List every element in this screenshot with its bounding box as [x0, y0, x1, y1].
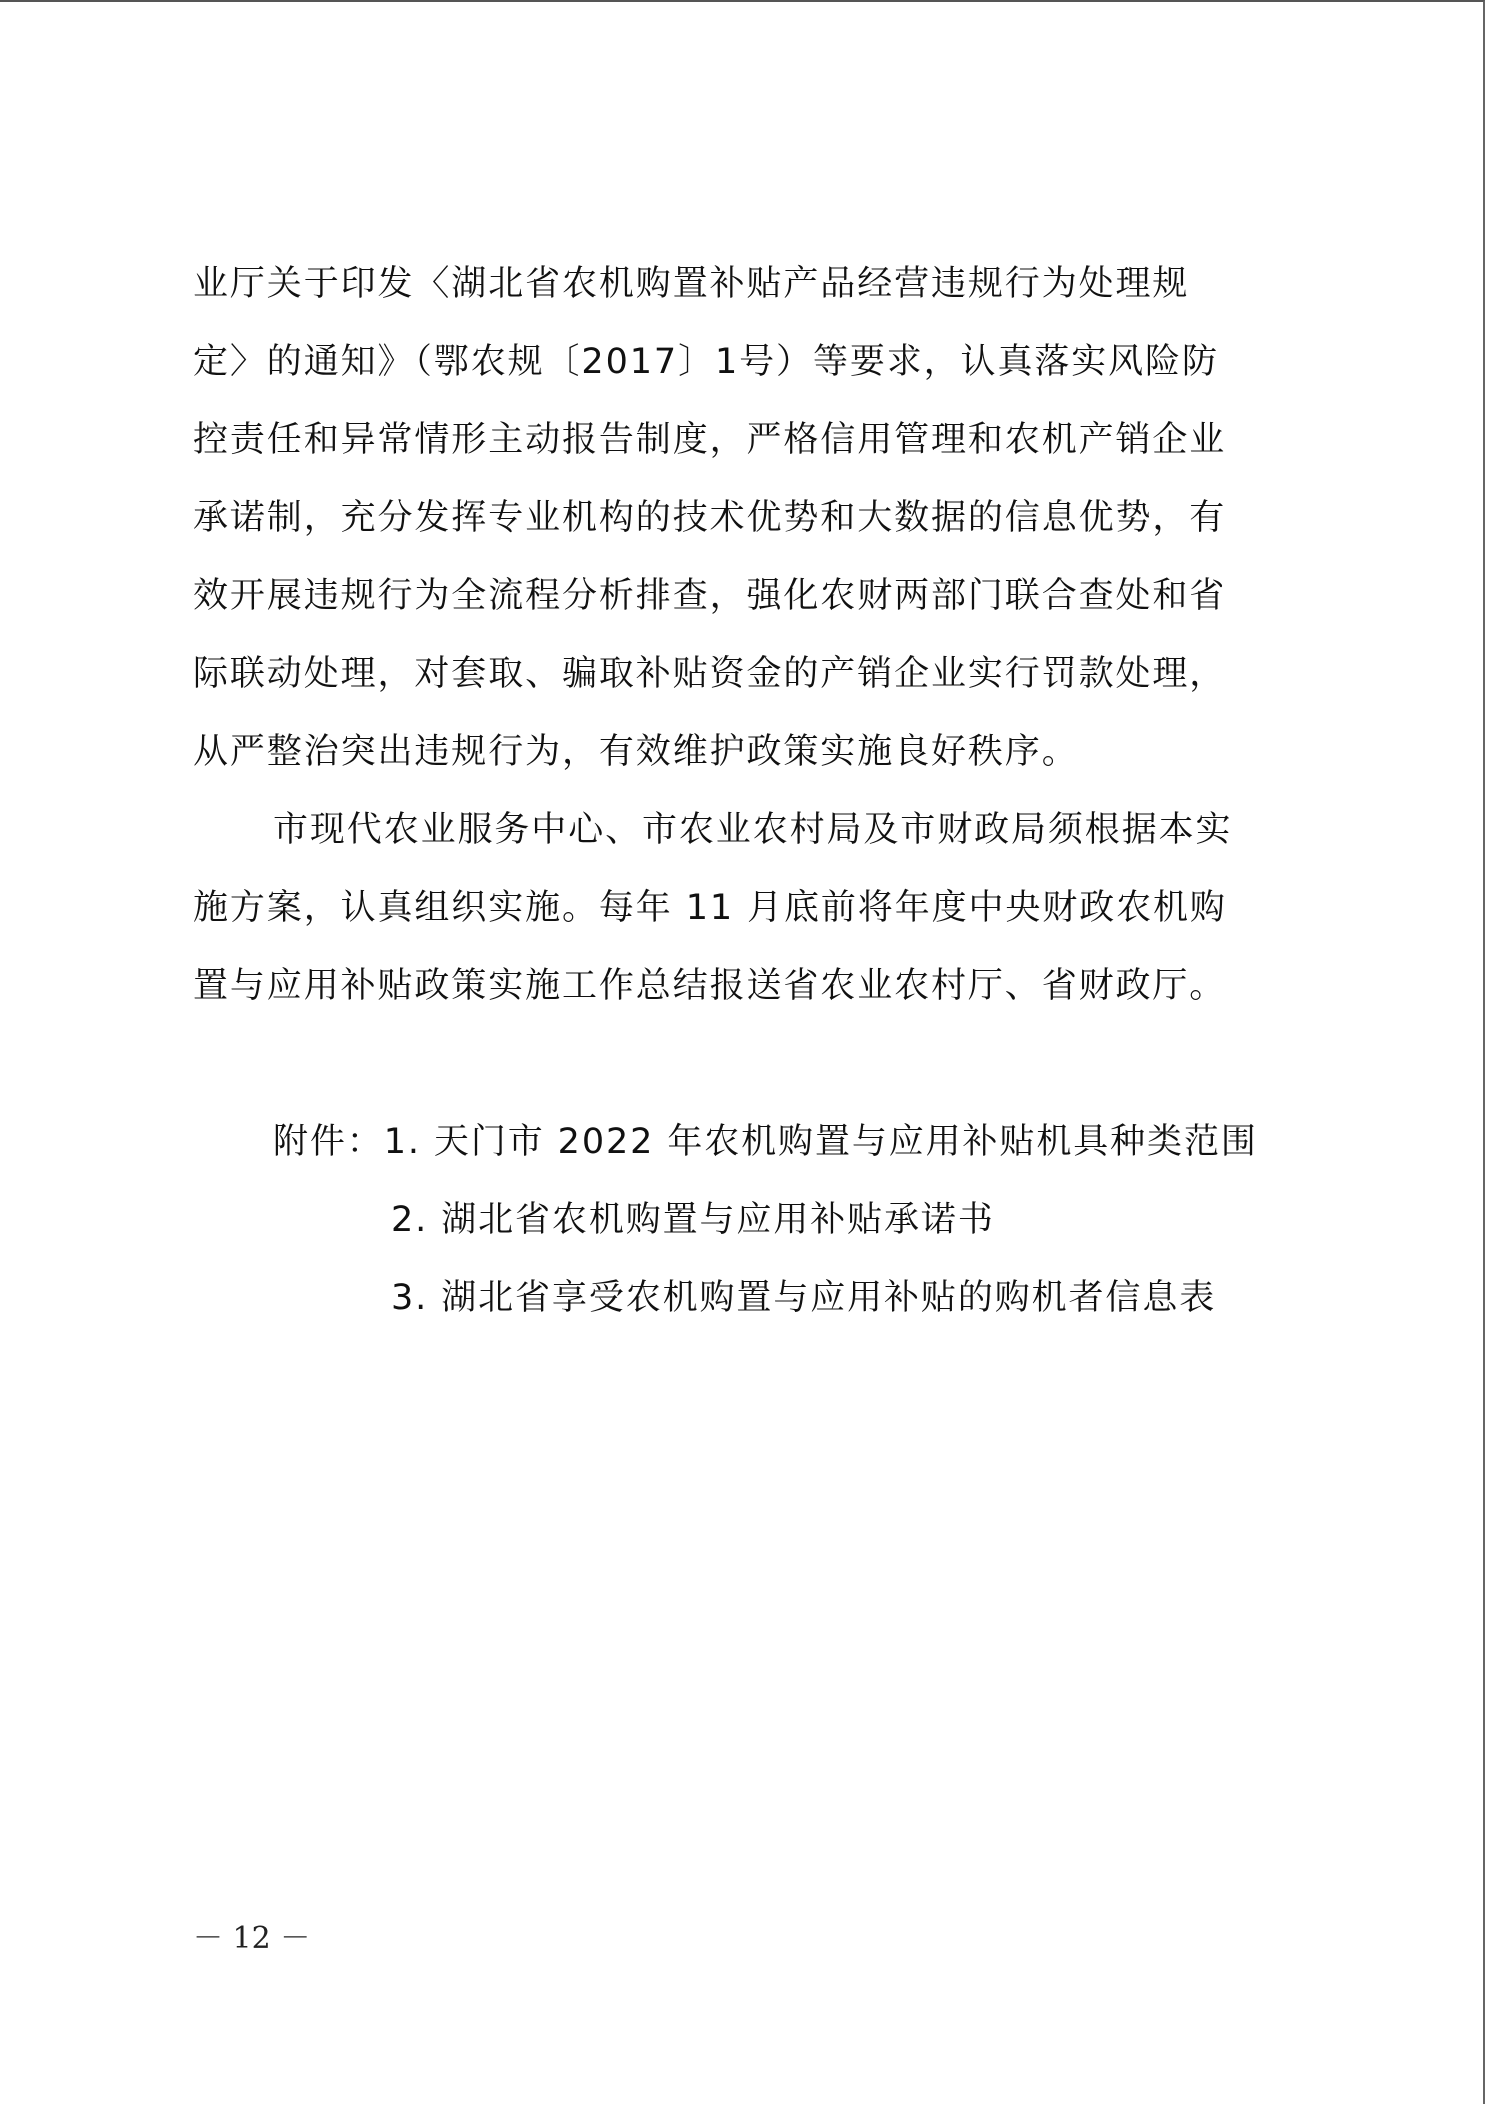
attachment-item-2: 2. 湖北省农机购置与应用补贴承诺书 [391, 1198, 995, 1242]
paragraph-1-line-6: 际联动处理，对套取、骗取补贴资金的产销企业实行罚款处理， [193, 652, 1226, 696]
paragraph-1-line-3: 控责任和异常情形主动报告制度，严格信用管理和农机产销企业 [193, 418, 1226, 462]
attachment-item-3: 3. 湖北省享受农机购置与应用补贴的购机者信息表 [391, 1276, 1216, 1320]
paragraph-2-line-1: 市现代农业服务中心、市农业农村局及市财政局须根据本实 [273, 808, 1232, 852]
paragraph-2-line-2: 施方案，认真组织实施。每年 11 月底前将年度中央财政农机购 [193, 886, 1227, 930]
paragraph-1-line-4: 承诺制，充分发挥专业机构的技术优势和大数据的信息优势，有 [193, 496, 1226, 540]
attachment-item-1: 1. 天门市 2022 年农机购置与应用补贴机具种类范围 [384, 1122, 1258, 1162]
paragraph-2-line-3: 置与应用补贴政策实施工作总结报送省农业农村厅、省财政厅。 [193, 964, 1226, 1008]
attachments-label: 附件： [273, 1122, 384, 1162]
paragraph-1-line-2: 定〉的通知》（鄂农规〔2017〕1号）等要求，认真落实风险防 [193, 340, 1219, 384]
attachments-list: 附件：1. 天门市 2022 年农机购置与应用补贴机具种类范围 [273, 1120, 1258, 1164]
page-number: － 12 － [193, 1913, 310, 1957]
paragraph-1-line-7: 从严整治突出违规行为，有效维护政策实施良好秩序。 [193, 730, 1079, 774]
paragraph-1-line-5: 效开展违规行为全流程分析排查，强化农财两部门联合查处和省 [193, 574, 1226, 618]
page-frame [0, 0, 1485, 2104]
paragraph-1-line-1: 业厅关于印发〈湖北省农机购置补贴产品经营违规行为处理规 [193, 262, 1189, 306]
